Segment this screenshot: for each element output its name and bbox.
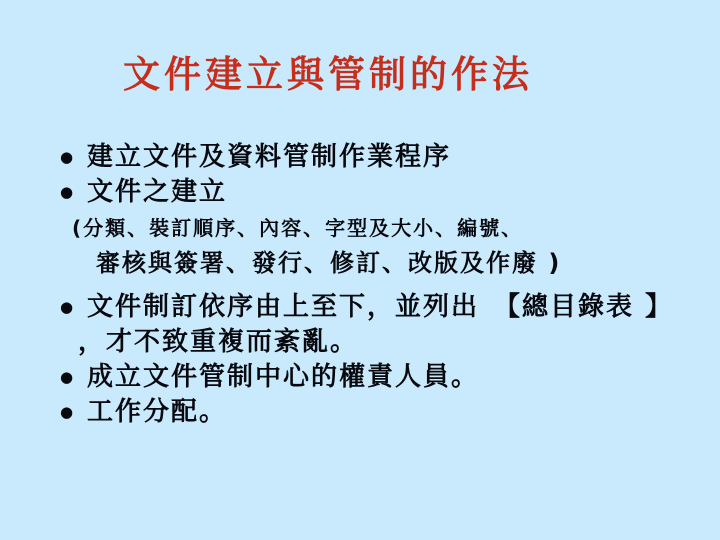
sub-line-label: (分類、裝訂順序、內容、字型及大小、編號、 [72,216,523,240]
sub-line-classification: (分類、裝訂順序、內容、字型及大小、編號、 [60,210,700,246]
bullet-list: ●建立文件及資料管制作業程序 ●文件之建立 (分類、裝訂順序、內容、字型及大小、… [0,140,720,430]
bullet-dot-icon: ● [60,395,87,430]
bullet-item-control-center-staff: ●成立文件管制中心的權責人員。 [60,360,700,395]
continuation-label: ，才不致重複而紊亂。 [78,327,358,357]
bullet-dot-icon: ● [60,290,87,325]
continuation-line-avoid-duplication: ，才不致重複而紊亂。 [60,325,700,360]
bullet-item-document-creation: ●文件之建立 [60,175,700,210]
slide-title: 文件建立與管制的作法 [0,44,708,98]
sub-line-label: 審核與簽署、發行、修訂、改版及作廢 ) [96,249,561,277]
bullet-item-top-down-order: ●文件制訂依序由上至下，並列出 【總目錄表 】 [60,290,700,325]
bullet-item-label: 工作分配。 [87,397,227,427]
sub-line-review-sign: 審核與簽署、發行、修訂、改版及作廢 ) [60,246,700,281]
bullet-item-label: 文件制訂依序由上至下，並列出 【總目錄表 】 [87,292,673,322]
bullet-dot-icon: ● [60,360,87,395]
bullet-item-label: 成立文件管制中心的權責人員。 [87,362,479,392]
bullet-item-create-procedure: ●建立文件及資料管制作業程序 [60,140,700,175]
presentation-slide: 文件建立與管制的作法 ●建立文件及資料管制作業程序 ●文件之建立 (分類、裝訂順… [0,0,720,540]
bullet-item-label: 文件之建立 [87,177,227,207]
bullet-item-label: 建立文件及資料管制作業程序 [87,142,451,172]
bullet-dot-icon: ● [60,140,87,175]
bullet-dot-icon: ● [60,175,87,210]
bullet-item-work-assignment: ●工作分配。 [60,395,700,430]
